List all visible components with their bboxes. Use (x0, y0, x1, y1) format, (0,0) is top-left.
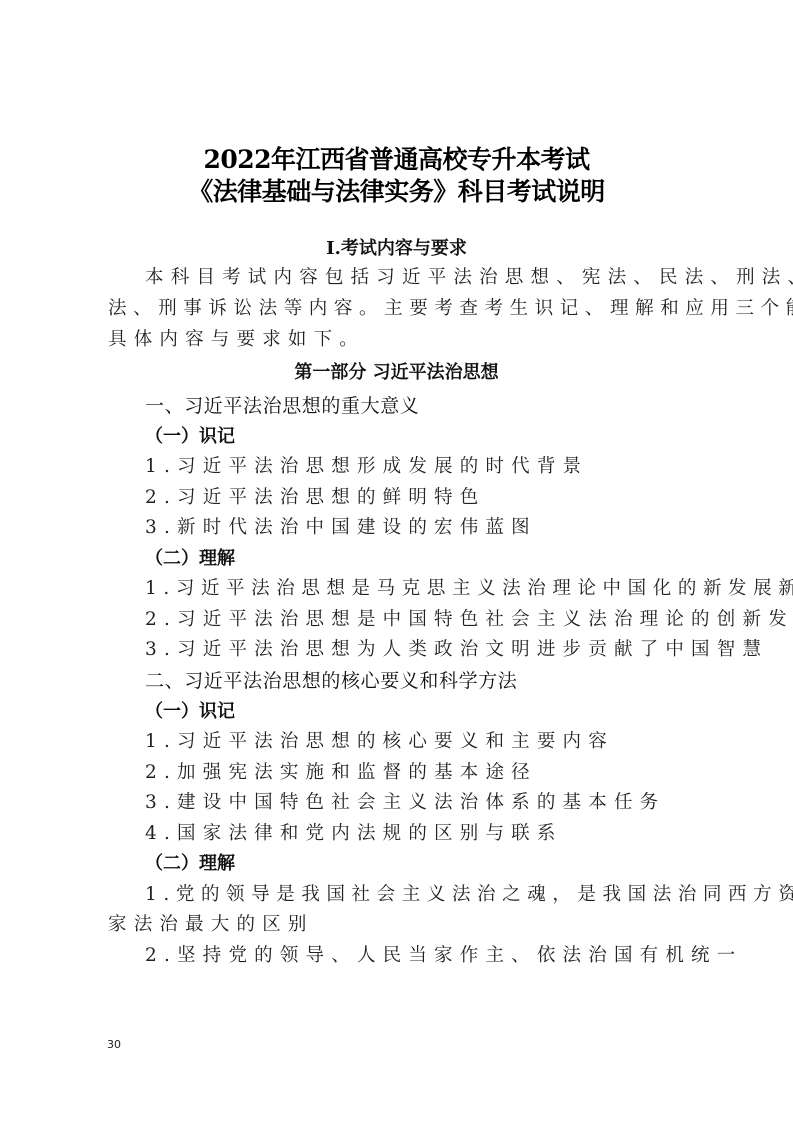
document-title-line-2: 《法律基础与法律实务》科目考试说明 (0, 175, 793, 209)
list-item: 3.建设中国特色社会主义法治体系的基本任务 (145, 791, 665, 815)
document-page: 2022年江西省普通高校专升本考试 《法律基础与法律实务》科目考试说明 Ⅰ.考试… (0, 0, 793, 1122)
group-label: （一）识记 (145, 425, 235, 449)
page-number: 30 (107, 1038, 121, 1051)
list-item: 4.国家法律和党内法规的区别与联系 (145, 822, 563, 846)
list-item: 1.习近平法治思想是马克思主义法治理论中国化的新发展新飞跃 (145, 577, 793, 601)
list-item: 1.党的领导是我国社会主义法治之魂，是我国法治同西方资本主义国 (145, 883, 793, 907)
intro-line-2: 法、刑事诉讼法等内容。主要考查考生识记、理解和应用三个能力层次。 (108, 297, 793, 321)
list-item: 2.坚持党的领导、人民当家作主、依法治国有机统一 (145, 944, 742, 968)
list-item: 1.习近平法治思想的核心要义和主要内容 (145, 730, 614, 754)
list-item: 2.习近平法治思想是中国特色社会主义法治理论的创新发展 (145, 608, 793, 632)
part-heading: 第一部分 习近平法治思想 (0, 361, 793, 385)
list-item-continuation: 家法治最大的区别 (108, 913, 314, 937)
list-item: 1.习近平法治思想形成发展的时代背景 (145, 455, 588, 479)
group-label: （一）识记 (145, 700, 235, 724)
list-item: 2.习近平法治思想的鲜明特色 (145, 486, 485, 510)
group-label: （二）理解 (145, 547, 235, 571)
section-heading: Ⅰ.考试内容与要求 (0, 237, 793, 261)
list-item: 3.新时代法治中国建设的宏伟蓝图 (145, 516, 537, 540)
chapter-heading: 二、习近平法治思想的核心要义和科学方法 (145, 669, 517, 693)
intro-line-1: 本科目考试内容包括习近平法治思想、宪法、民法、刑法、民事诉讼 (145, 266, 793, 290)
list-item: 2.加强宪法实施和监督的基本途径 (145, 761, 537, 785)
group-label: （二）理解 (145, 852, 235, 876)
document-title-line-1: 2022年江西省普通高校专升本考试 (0, 143, 793, 177)
chapter-heading: 一、习近平法治思想的重大意义 (145, 394, 419, 418)
intro-line-3: 具体内容与要求如下。 (108, 328, 365, 352)
list-item: 3.习近平法治思想为人类政治文明进步贡献了中国智慧 (145, 638, 768, 662)
